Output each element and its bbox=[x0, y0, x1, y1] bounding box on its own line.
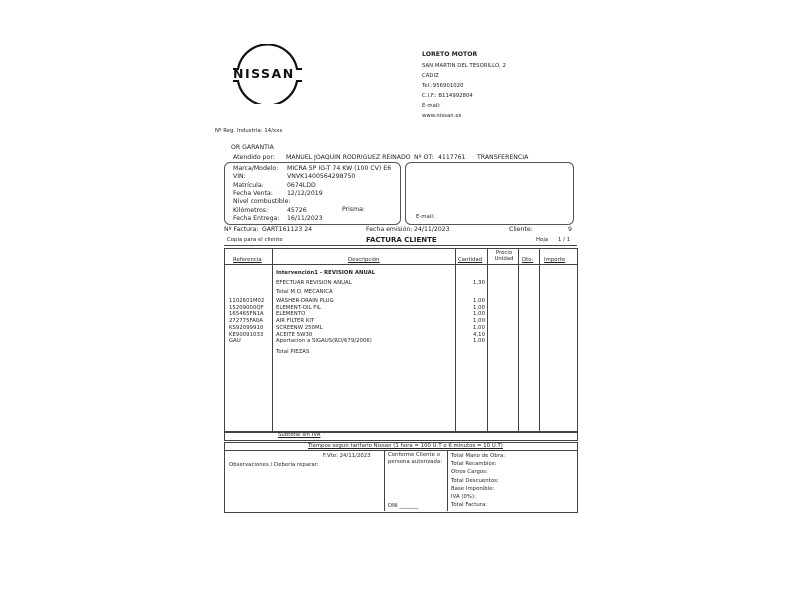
vehicle-field-value: 12/12/2019 bbox=[287, 190, 323, 197]
emision-value: 24/11/2023 bbox=[414, 226, 450, 233]
vehicle-field-label: Fecha Venta: bbox=[233, 190, 273, 197]
hoja-label: Hoja bbox=[536, 237, 548, 243]
factura-label: Nº Factura: bbox=[224, 226, 258, 233]
observaciones-label: Observaciones / Debería reparar: bbox=[229, 462, 319, 468]
part-qty: 1,00 bbox=[455, 318, 485, 324]
ot-value: 4117761 bbox=[438, 154, 466, 161]
factura-value: GART161123 24 bbox=[262, 226, 312, 233]
cliente-label: Cliente: bbox=[509, 226, 533, 233]
header-importe: Importe bbox=[544, 257, 565, 263]
part-desc: ELEMENT-OIL FIL bbox=[276, 305, 321, 311]
vehicle-field-value: MICRA 5P IG-T 74 KW (100 CV) E6 bbox=[287, 165, 391, 172]
part-qty: 1,00 bbox=[455, 298, 485, 304]
hoja-value: 1 / 1 bbox=[558, 237, 570, 243]
attended-label: Atendido por: bbox=[233, 154, 275, 161]
part-ref: 15209000QF bbox=[229, 305, 264, 311]
labor-total: Total M.O. MECANICA bbox=[276, 289, 333, 295]
emision-label: Fecha emisión: bbox=[366, 226, 412, 233]
invoice-title: FACTURA CLIENTE bbox=[366, 236, 437, 244]
vehicle-field-value: 16/11/2023 bbox=[287, 215, 323, 222]
dealer-web[interactable]: www.nissan.es bbox=[422, 113, 462, 119]
prisma-label: Prisma: bbox=[342, 206, 365, 213]
footer-total-label: Total Descuentos: bbox=[451, 478, 499, 484]
part-qty: 1,00 bbox=[455, 325, 485, 331]
part-qty: 1,00 bbox=[455, 305, 485, 311]
tiempos-note: Tiempos segun tarifario Nissan (1 hora =… bbox=[308, 443, 503, 449]
col-divider bbox=[539, 248, 540, 432]
vehicle-field-value: VNVK1400564298750 bbox=[287, 173, 355, 180]
col-divider bbox=[518, 248, 519, 432]
brand-name: NISSAN bbox=[233, 66, 295, 81]
part-ref: GAU bbox=[229, 338, 241, 344]
vehicle-field-value: 45726 bbox=[287, 207, 307, 214]
part-desc: ACEITE 5W30 bbox=[276, 332, 312, 338]
part-desc: SCREENW 250ML bbox=[276, 325, 323, 331]
client-email-label: E-mail: bbox=[416, 214, 435, 220]
dealer-email: E-mail: bbox=[422, 103, 441, 109]
part-ref: KS92099910 bbox=[229, 325, 263, 331]
labor-desc: EFECTUAR REVISION ANUAL bbox=[276, 280, 352, 286]
vehicle-field-label: Nivel combustible: bbox=[233, 198, 290, 205]
vehicle-field-label: VIN: bbox=[233, 173, 246, 180]
part-desc: ELEMENTO bbox=[276, 311, 305, 317]
footer-total-label: IVA (0%): bbox=[451, 494, 476, 500]
conforme-label: Conforme Cliente o persona autorizada: bbox=[388, 452, 446, 465]
vehicle-field-label: Kilómetros: bbox=[233, 207, 268, 214]
footer-col-divider bbox=[447, 450, 448, 511]
footer-total-label: Otros Cargos: bbox=[451, 469, 488, 475]
part-ref: 1102601M02 bbox=[229, 298, 264, 304]
copy-label: Copia para el cliente bbox=[227, 237, 283, 243]
part-qty: 1,00 bbox=[455, 311, 485, 317]
header-dto: Dto. bbox=[522, 257, 533, 263]
footer-total-label: Base Imponible: bbox=[451, 486, 494, 492]
order-type: OR GARANTIA bbox=[231, 144, 274, 151]
vehicle-field-label: Marca/Modelo: bbox=[233, 165, 278, 172]
payment-method: TRANSFERENCIA bbox=[477, 154, 528, 161]
vehicle-field-label: Fecha Entrega: bbox=[233, 215, 279, 222]
part-ref: 165465FN1A bbox=[229, 311, 264, 317]
header-descripcion: Descripción bbox=[348, 257, 380, 263]
part-qty: 4,10 bbox=[455, 332, 485, 338]
footer-total-label: Total Factura: bbox=[451, 502, 487, 508]
part-ref: KE90091033 bbox=[229, 332, 263, 338]
table-header-divider bbox=[224, 264, 577, 265]
header-referencia: Referencia bbox=[233, 257, 262, 263]
part-desc: WASHER-DRAIN PLUG bbox=[276, 298, 334, 304]
col-divider bbox=[272, 248, 273, 432]
col-divider bbox=[487, 248, 488, 432]
dealer-address: SAN MARTIN DEL TESORILLO, 2 bbox=[422, 63, 506, 69]
vehicle-field-value: 0674LDD bbox=[287, 182, 316, 189]
part-desc: Aportacion a SIGAUS(RD/679/2006) bbox=[276, 338, 372, 344]
intervention-title: Intervención1 - REVISION ANUAL bbox=[276, 270, 375, 276]
part-qty: 1,00 bbox=[455, 338, 485, 344]
title-divider bbox=[224, 245, 577, 246]
part-desc: AIR FILTER KIT bbox=[276, 318, 314, 324]
header-cantidad: Cantidad bbox=[458, 257, 482, 263]
part-ref: 272775FA0A bbox=[229, 318, 263, 324]
attended-value: MANUEL JOAQUIN RODRIGUEZ REINADO bbox=[286, 154, 411, 161]
footer-total-label: Total Recambios: bbox=[451, 461, 497, 467]
ot-label: Nº OT: bbox=[414, 154, 434, 161]
footer-col-divider bbox=[384, 450, 385, 511]
header-precio: Precio Unidad bbox=[490, 250, 518, 262]
footer-divider bbox=[224, 450, 577, 451]
dealer-name: LORETO MOTOR bbox=[422, 51, 477, 58]
dealer-cif: C.I.F.: B114992804 bbox=[422, 93, 473, 99]
dni-label: DNI _______ bbox=[388, 503, 418, 509]
cliente-value: 9 bbox=[568, 226, 572, 233]
footer-total-label: Total Mano de Obra: bbox=[451, 453, 505, 459]
fvto: F.Vto: 24/11/2023 bbox=[323, 453, 371, 459]
dealer-tel: Tel.:956901020 bbox=[422, 83, 464, 89]
parts-total: Total PIEZAS bbox=[276, 349, 309, 355]
vehicle-field-label: Matrícula: bbox=[233, 182, 264, 189]
labor-qty: 1,30 bbox=[455, 280, 485, 286]
reg-industria: Nº Reg. Industria: 14/xxx bbox=[215, 128, 283, 134]
dealer-city: CADIZ bbox=[422, 73, 439, 79]
subtotal-label: Subtotal sin IVA bbox=[278, 432, 320, 438]
